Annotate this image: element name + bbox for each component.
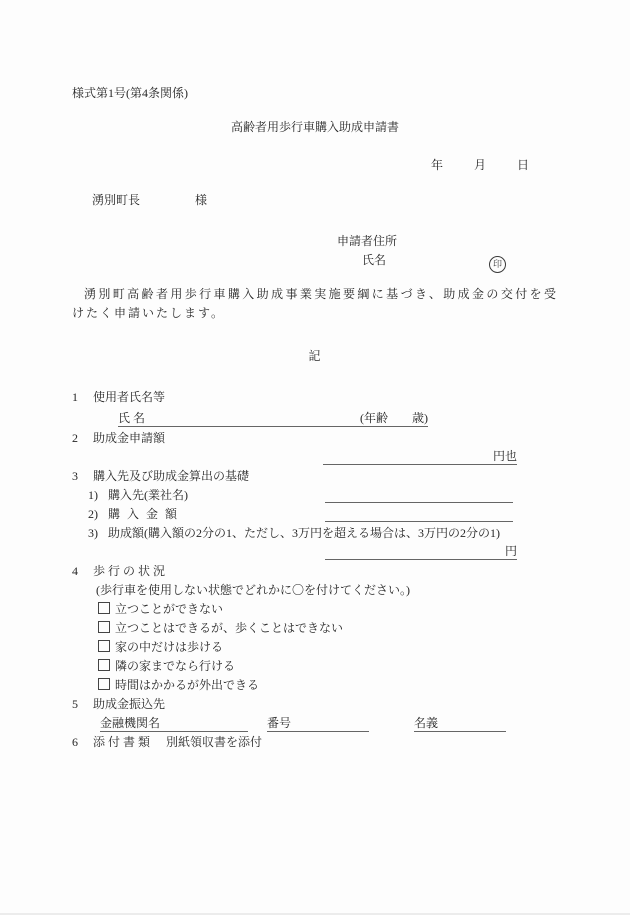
section-amount-number: 2 [72, 429, 93, 448]
account-number-field[interactable]: 番号 [267, 716, 369, 732]
walking-option-row: 時間はかかるが外出できる [98, 676, 558, 695]
addressee-name: 湧別町長 [92, 193, 140, 207]
walking-option-row: 立つことができない [98, 600, 558, 619]
section-walking-title: 歩 行 の 状 況 [93, 564, 165, 578]
user-name-field-label: 氏 名 [118, 410, 145, 426]
document-page: 様式第1号(第4条関係) 高齢者用歩行車購入助成申請書 年 月 日 湧別町長 様… [0, 0, 630, 915]
walking-option-label: 家の中だけは歩ける [115, 640, 223, 654]
walking-option-label: 立つことはできるが、歩くことはできない [115, 621, 343, 635]
checkbox-icon[interactable] [98, 602, 110, 614]
amount-field-row: 円也 [72, 448, 558, 467]
purchase-item3-label: 助成額(購入額の2分の1、ただし、3万円を超える場合は、3万円の2分の1) [108, 526, 500, 540]
subsidy-amount-field[interactable]: 円 [325, 543, 517, 560]
walking-option-row: 隣の家までなら行ける [98, 657, 558, 676]
user-age-suffix: 歳) [412, 411, 428, 425]
purchase-subsidy-row: 3)助成額(購入額の2分の1、ただし、3万円を超える場合は、3万円の2分の1) [72, 524, 558, 543]
purchase-vendor-field[interactable] [325, 486, 513, 503]
section-user-title: 使用者氏名等 [93, 390, 165, 404]
account-holder-field[interactable]: 名義 [414, 716, 506, 732]
applicant-name-line: 氏名 印 [362, 251, 558, 270]
list-marker: 記 [72, 347, 558, 366]
section-purchase-title: 購入先及び助成金算出の基礎 [93, 469, 249, 483]
section-transfer-heading: 5助成金振込先 [72, 695, 558, 714]
section-attachments-number: 6 [72, 733, 93, 752]
addressee-honorific: 様 [195, 193, 207, 207]
document-content: 様式第1号(第4条関係) 高齢者用歩行車購入助成申請書 年 月 日 湧別町長 様… [0, 0, 630, 752]
purchase-item1-label: 購入先(業社名) [108, 488, 188, 502]
bank-name-label: 金融機関名 [100, 716, 160, 730]
section-attachments-title: 添 付 書 類 [93, 735, 150, 749]
user-age-prefix: (年齢 [360, 411, 388, 425]
section-user-number: 1 [72, 388, 93, 407]
purchase-price-row: 2)購 入 金 額 [72, 505, 558, 524]
section-user-heading: 1使用者氏名等 [72, 388, 558, 407]
addressee-line: 湧別町長 様 [92, 191, 558, 210]
section-transfer-title: 助成金振込先 [93, 697, 165, 711]
checkbox-icon[interactable] [98, 678, 110, 690]
purchase-vendor-row: 1)購入先(業社名) [72, 486, 558, 505]
section-walking-number: 4 [72, 562, 93, 581]
user-name-field-row: 氏 名 (年齢歳) [72, 410, 558, 429]
walking-option-row: 家の中だけは歩ける [98, 638, 558, 657]
walking-option-label: 立つことができない [115, 602, 223, 616]
section-attachments-heading: 6添 付 書 類別紙領収書を添付 [72, 733, 558, 752]
checkbox-icon[interactable] [98, 621, 110, 633]
subsidy-amount-field-row: 円 [72, 543, 558, 562]
bank-name-field[interactable]: 金融機関名 [100, 716, 248, 732]
account-holder-label: 名義 [414, 716, 438, 730]
applicant-address-label: 申請者住所 [337, 232, 558, 251]
walking-option-label: 隣の家までなら行ける [115, 659, 235, 673]
walking-instruction-note: (歩行車を使用しない状態でどれかに〇を付けてください。) [96, 581, 558, 600]
walking-option-label: 時間はかかるが外出できる [115, 678, 259, 692]
purchase-item2-number: 2) [88, 505, 108, 524]
purchase-item1-number: 1) [88, 486, 108, 505]
section-amount-title: 助成金申請額 [93, 431, 165, 445]
account-number-label: 番号 [267, 716, 291, 730]
date-line: 年 月 日 [72, 156, 558, 175]
subsidy-unit-label: 円 [505, 544, 517, 558]
attachments-value: 別紙領収書を添付 [166, 735, 262, 749]
date-year-label: 年 [431, 158, 444, 172]
date-month-label: 月 [474, 158, 487, 172]
seal-icon: 印 [489, 256, 506, 273]
purchase-item3-number: 3) [88, 524, 108, 543]
user-name-field[interactable]: 氏 名 (年齢歳) [118, 410, 428, 427]
section-amount-heading: 2助成金申請額 [72, 429, 558, 448]
amount-unit-label: 円也 [493, 449, 517, 463]
section-walking-heading: 4歩 行 の 状 況 [72, 562, 558, 581]
transfer-fields-row: 金融機関名 番号 名義 [100, 714, 558, 733]
amount-field[interactable]: 円也 [323, 448, 517, 465]
applicant-name-label: 氏名 [362, 253, 386, 267]
checkbox-icon[interactable] [98, 659, 110, 671]
checkbox-icon[interactable] [98, 640, 110, 652]
section-purchase-heading: 3購入先及び助成金算出の基礎 [72, 467, 558, 486]
body-paragraph: 湧別町高齢者用歩行車購入助成事業実施要綱に基づき、助成金の交付を受けたく申請いた… [72, 285, 558, 323]
purchase-price-field[interactable] [325, 505, 513, 522]
section-transfer-number: 5 [72, 695, 93, 714]
walking-option-row: 立つことはできるが、歩くことはできない [98, 619, 558, 638]
section-purchase-number: 3 [72, 467, 93, 486]
purchase-item2-label: 購 入 金 額 [108, 507, 179, 521]
date-day-label: 日 [517, 158, 530, 172]
form-number: 様式第1号(第4条関係) [72, 84, 558, 103]
user-age-part: (年齢歳) [360, 410, 428, 426]
document-title: 高齢者用歩行車購入助成申請書 [72, 118, 558, 137]
